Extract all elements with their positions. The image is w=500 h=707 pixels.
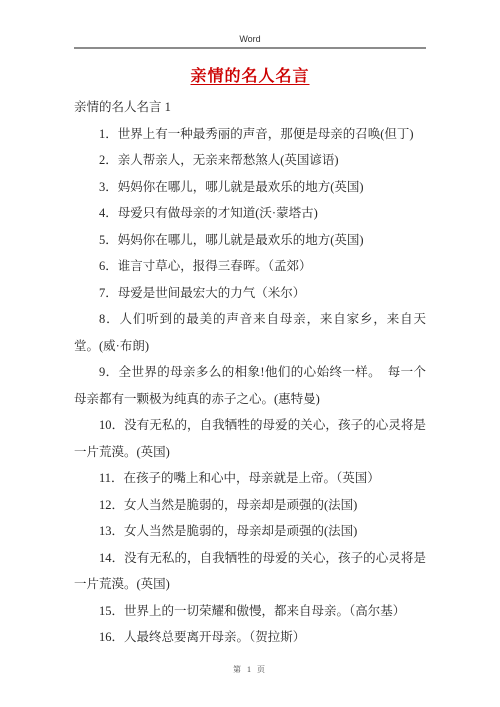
page-header: Word xyxy=(74,0,426,49)
quote-item: 8．人们听到的最美的声音来自母亲，来自家乡，来自天堂。(威·布朗) xyxy=(74,306,426,359)
quote-item: 15．世界上的一切荣耀和傲慢，都来自母亲。（高尔基） xyxy=(74,598,426,625)
quote-item: 3．妈妈你在哪儿，哪儿就是最欢乐的地方(英国) xyxy=(74,174,426,201)
quote-item: 9．全世界的母亲多么的相象!他们的心始终一样。 每一个母亲都有一颗极为纯真的赤子… xyxy=(74,359,426,412)
document-subtitle: 亲情的名人名言 1 xyxy=(74,94,426,121)
quote-item: 13．女人当然是脆弱的，母亲却是顽强的(法国) xyxy=(74,518,426,545)
quote-item: 1．世界上有一种最秀丽的声音，那便是母亲的召唤(但丁) xyxy=(74,121,426,148)
quote-list: 1．世界上有一种最秀丽的声音，那便是母亲的召唤(但丁)2．亲人帮亲人，无亲来帮愁… xyxy=(74,121,426,651)
document-page: Word 亲情的名人名言 亲情的名人名言 1 1．世界上有一种最秀丽的声音，那便… xyxy=(0,0,500,707)
quote-item: 16．人最终总要离开母亲。（贺拉斯） xyxy=(74,624,426,651)
page-number: 第 1 页 xyxy=(0,664,500,675)
app-label: Word xyxy=(239,34,260,45)
quote-item: 4．母爱只有做母亲的才知道(沃·蒙塔古) xyxy=(74,200,426,227)
quote-item: 12．女人当然是脆弱的，母亲却是顽强的(法国) xyxy=(74,492,426,519)
quote-item: 11．在孩子的嘴上和心中，母亲就是上帝。（英国） xyxy=(74,465,426,492)
quote-item: 7．母爱是世间最宏大的力气（米尔） xyxy=(74,280,426,307)
document-body: 亲情的名人名言 1 1．世界上有一种最秀丽的声音，那便是母亲的召唤(但丁)2．亲… xyxy=(74,94,426,651)
quote-item: 10．没有无私的，自我牺牲的母爱的关心，孩子的心灵将是一片荒漠。(英国) xyxy=(74,412,426,465)
quote-item: 6．谁言寸草心，报得三春晖。（孟郊） xyxy=(74,253,426,280)
quote-item: 5．妈妈你在哪儿，哪儿就是最欢乐的地方(英国) xyxy=(74,227,426,254)
quote-item: 14．没有无私的，自我牺牲的母爱的关心，孩子的心灵将是一片荒漠。(英国) xyxy=(74,545,426,598)
page-title: 亲情的名人名言 xyxy=(0,63,500,86)
quote-item: 2．亲人帮亲人，无亲来帮愁煞人(英国谚语) xyxy=(74,147,426,174)
